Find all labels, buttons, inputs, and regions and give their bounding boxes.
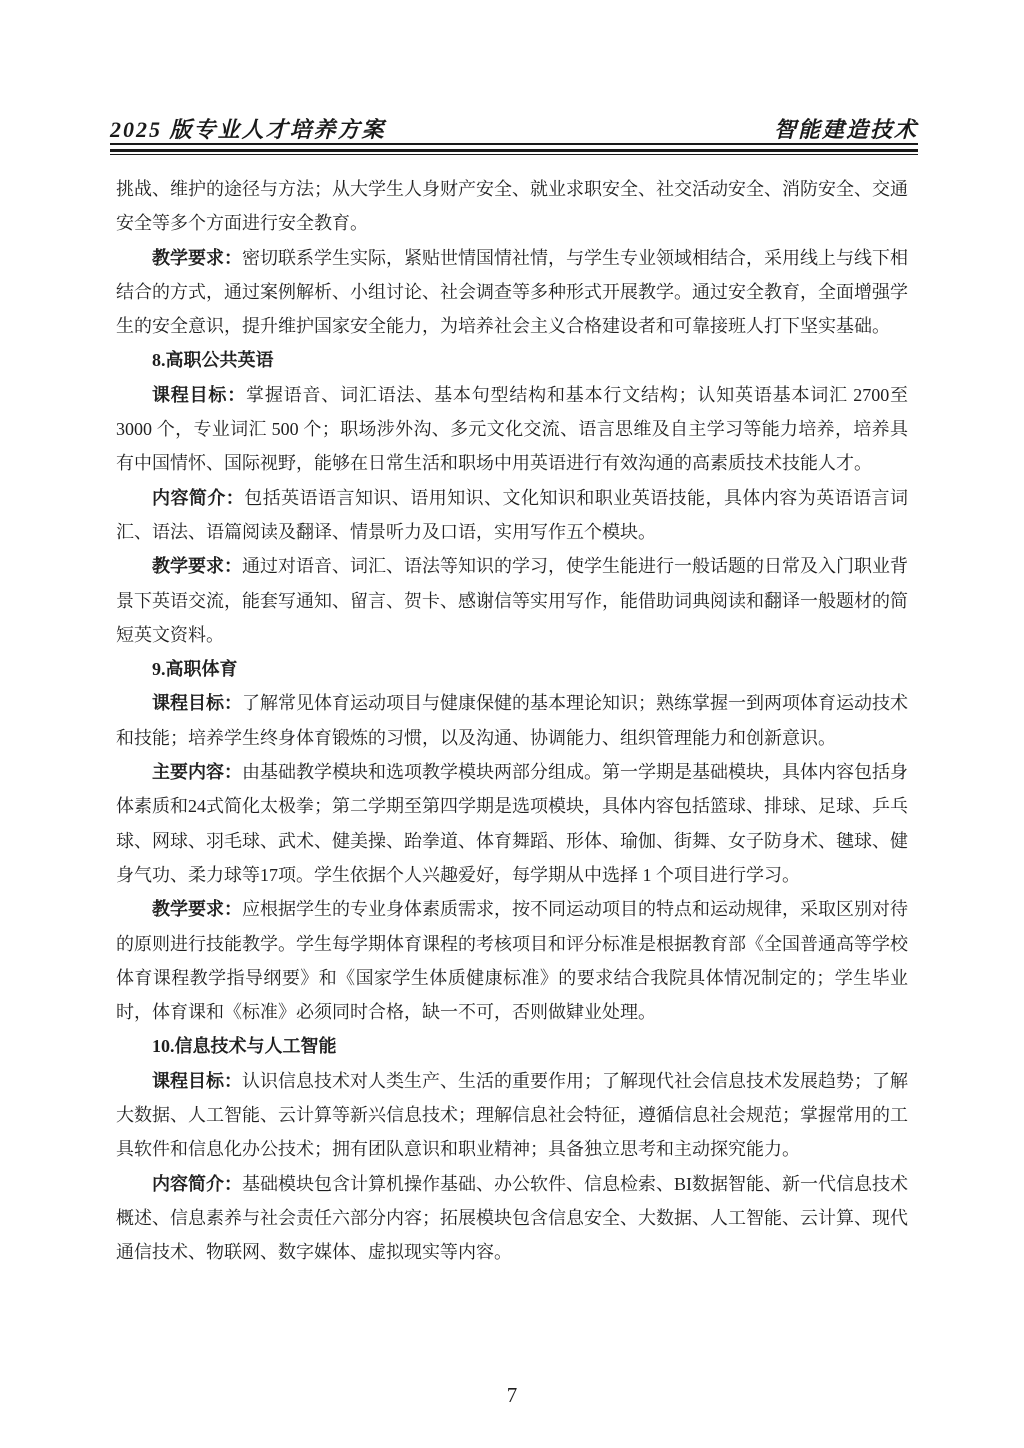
section-heading-text: 9.高职体育 — [152, 659, 238, 679]
paragraph: 内容简介：基础模块包含计算机操作基础、办公软件、信息检索、BI数据智能、新一代信… — [116, 1167, 908, 1270]
header-rule — [110, 143, 918, 155]
paragraph-label: 主要内容： — [152, 762, 242, 782]
header-title-left: 2025 版专业人才培养方案 — [110, 118, 386, 142]
paragraph-label: 教学要求： — [152, 899, 242, 919]
header-title-right: 智能建造技术 — [774, 118, 918, 142]
paragraph: 课程目标：认识信息技术对人类生产、生活的重要作用；了解现代社会信息技术发展趋势；… — [116, 1064, 908, 1167]
page-header: 2025 版专业人才培养方案 智能建造技术 — [110, 118, 918, 155]
paragraph-text: 挑战、维护的途径与方法；从大学生人身财产安全、就业求职安全、社交活动安全、消防安… — [116, 179, 908, 233]
page-number: 7 — [507, 1383, 518, 1407]
paragraph: 教学要求：密切联系学生实际，紧贴世情国情社情，与学生专业领域相结合，采用线上与线… — [116, 241, 908, 344]
paragraph-label: 课程目标： — [152, 385, 246, 405]
section-heading-text: 10.信息技术与人工智能 — [152, 1036, 337, 1056]
paragraph-label: 教学要求： — [152, 556, 242, 576]
document-body: 挑战、维护的途径与方法；从大学生人身财产安全、就业求职安全、社交活动安全、消防安… — [116, 172, 908, 1270]
section-heading-text: 8.高职公共英语 — [152, 350, 274, 370]
paragraph-label: 内容简介： — [152, 1174, 242, 1194]
paragraph: 课程目标：了解常见体育运动项目与健康保健的基本理论知识；熟练掌握一到两项体育运动… — [116, 686, 908, 755]
paragraph: 课程目标：掌握语音、词汇语法、基本句型结构和基本行文结构；认知英语基本词汇 27… — [116, 378, 908, 481]
paragraph-continuation: 挑战、维护的途径与方法；从大学生人身财产安全、就业求职安全、社交活动安全、消防安… — [116, 172, 908, 241]
page-footer: 7 — [0, 1380, 1024, 1410]
section-heading: 9.高职体育 — [116, 652, 908, 686]
section-heading: 8.高职公共英语 — [116, 343, 908, 377]
paragraph: 内容简介：包括英语语言知识、语用知识、文化知识和职业英语技能，具体内容为英语语言… — [116, 481, 908, 550]
paragraph: 主要内容：由基础教学模块和选项教学模块两部分组成。第一学期是基础模块，具体内容包… — [116, 755, 908, 892]
paragraph: 教学要求：通过对语音、词汇、语法等知识的学习，使学生能进行一般话题的日常及入门职… — [116, 549, 908, 652]
header-titles: 2025 版专业人才培养方案 智能建造技术 — [110, 118, 918, 142]
paragraph-label: 教学要求： — [152, 248, 242, 268]
document-page: 2025 版专业人才培养方案 智能建造技术 挑战、维护的途径与方法；从大学生人身… — [0, 0, 1024, 1448]
paragraph: 教学要求：应根据学生的专业身体素质需求，按不同运动项目的特点和运动规律，采取区别… — [116, 892, 908, 1029]
header-rule-thin-bottom — [110, 154, 918, 155]
paragraph-label: 内容简介： — [152, 488, 244, 508]
paragraph-label: 课程目标： — [152, 693, 242, 713]
section-heading: 10.信息技术与人工智能 — [116, 1029, 908, 1063]
paragraph-label: 课程目标： — [152, 1071, 242, 1091]
